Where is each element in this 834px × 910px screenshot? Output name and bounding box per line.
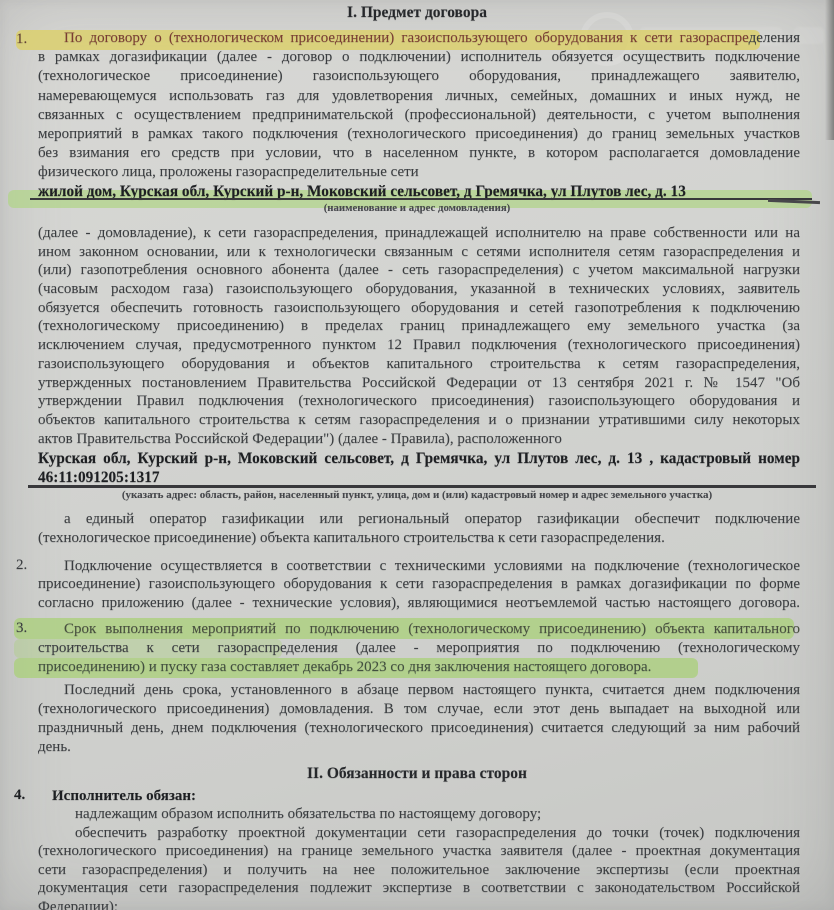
rule-line	[28, 485, 816, 488]
paragraph-lines: в рамках догазификации (далее - договор …	[38, 48, 800, 182]
text-line: (технологического присоединения) на гран…	[38, 842, 800, 860]
address-line: Курская обл, Курский р-н, Моковский сель…	[38, 449, 800, 487]
paragraph-lines: Подключение осуществляется в соответстви…	[38, 557, 800, 613]
text-line: газоиспользующего оборудования и объекто…	[38, 355, 800, 374]
text-line: ином законном основании, или к технологи…	[38, 243, 800, 262]
text-line: объектов капитального строительства к се…	[38, 411, 800, 430]
text-line: Последний день срока, установленного в а…	[38, 681, 800, 700]
paragraph-clause4: обеспечить разработку проектной документ…	[38, 824, 800, 910]
text-line: мероприятий в рамках такого подключения …	[38, 125, 800, 144]
text-line: (технологическое присоединение) газоиспо…	[38, 67, 800, 86]
text-line: (или) газопотребления основного абонента…	[38, 261, 800, 280]
text-line: намеревающемуся использовать газ для удо…	[38, 87, 800, 106]
paragraph-clause1-continued: (далее - домовладение), к сети газораспр…	[38, 224, 800, 448]
text-line: без взимания его средств при условии, чт…	[38, 144, 800, 163]
field-caption: (указать адрес: область, район, населенн…	[0, 489, 834, 501]
section-title: I. Предмет договора	[0, 4, 834, 22]
text-line: согласно приложению (далее - технические…	[38, 594, 800, 613]
paragraph-lines: Последний день срока, установленного в а…	[38, 681, 800, 758]
text-line: присоединению) и пуску газа составляет д…	[38, 658, 800, 677]
text-line: а единый оператор газификации или регион…	[38, 510, 800, 529]
paragraph-lines: (далее - домовладение), к сети газораспр…	[38, 224, 800, 448]
text-line: день.	[38, 738, 800, 757]
clause-number: 1.	[16, 31, 27, 48]
paragraph-lines: а единый оператор газификации или регион…	[38, 510, 800, 548]
text-line: праздничный день, днем подключения (техн…	[38, 719, 800, 738]
clause4-subitem: надлежащим образом исполнить обязательст…	[38, 805, 800, 824]
paragraph-operator: а единый оператор газификации или регион…	[38, 510, 800, 548]
text-line: Курская обл, Курский р-н, Моковский сель…	[38, 449, 800, 468]
text-line: в рамках догазификации (далее - договор …	[38, 48, 800, 67]
document-page: I. Предмет договора 1. По договору о (те…	[0, 0, 834, 910]
clause-number: 2.	[16, 557, 27, 574]
text-line: Срок выполнения мероприятий по подключен…	[38, 620, 800, 639]
text-line: актов Правительства Российской Федерации…	[38, 430, 800, 449]
field-caption: (наименование и адрес домовладения)	[0, 202, 834, 214]
text-line: (технологическое присоединение) объекта …	[38, 529, 800, 548]
highlighted-text: По договору о (технологическом присоедин…	[64, 30, 749, 46]
paragraph-clause1: По договору о (технологическом присоедин…	[38, 29, 800, 183]
clause-number: 4.	[14, 787, 25, 804]
text-line: сети газораспределения) и получить на не…	[38, 861, 800, 879]
text-line: обязуется обеспечить готовность газоиспо…	[38, 299, 800, 318]
paragraph-clause2: Подключение осуществляется в соответстви…	[38, 557, 800, 613]
text-line: надлежащим образом исполнить обязательст…	[38, 805, 800, 824]
text-line: исключением случая, предусмотренного пун…	[38, 336, 800, 355]
text-line: обеспечить разработку проектной документ…	[38, 824, 800, 842]
text-line: (технологического присоединения) домовла…	[38, 700, 800, 719]
text-line: Подключение осуществляется в соответстви…	[38, 557, 800, 576]
text-line: Исполнитель обязан:	[38, 787, 800, 806]
paragraph-clause3: Срок выполнения мероприятий по подключен…	[38, 620, 800, 678]
text-line: утверждении Правил подключения (технолог…	[38, 392, 800, 411]
text-line: документация сети газораспределения подл…	[38, 879, 800, 897]
clause-number: 3.	[16, 620, 27, 637]
text-line: связанных с осуществлением предпринимате…	[38, 106, 800, 125]
clause4-label: Исполнитель обязан:	[38, 787, 800, 806]
paragraph-lines: обеспечить разработку проектной документ…	[38, 824, 800, 910]
text-line: По договору о (технологическом присоедин…	[38, 29, 800, 48]
text-line: деления	[749, 30, 800, 46]
text-line: (часовым расходом газа) газоиспользующег…	[38, 280, 800, 299]
text-line: утвержденных постановлением Правительств…	[38, 374, 800, 393]
text-line: (технологическому присоединению) в преде…	[38, 317, 800, 336]
paragraph-clause3-continued: Последний день срока, установленного в а…	[38, 681, 800, 758]
section-title: II. Обязанности и права сторон	[0, 765, 834, 783]
text-line: физического лица, проложены газораспреде…	[38, 163, 800, 182]
rule-line	[30, 198, 812, 200]
text-line: (далее - домовладение), к сети газораспр…	[38, 224, 800, 243]
text-line: строительства к сети газораспределения (…	[38, 639, 800, 658]
text-line: присоединение) газоиспользующего оборудо…	[38, 575, 800, 594]
text-line: Федерации);	[38, 898, 800, 910]
